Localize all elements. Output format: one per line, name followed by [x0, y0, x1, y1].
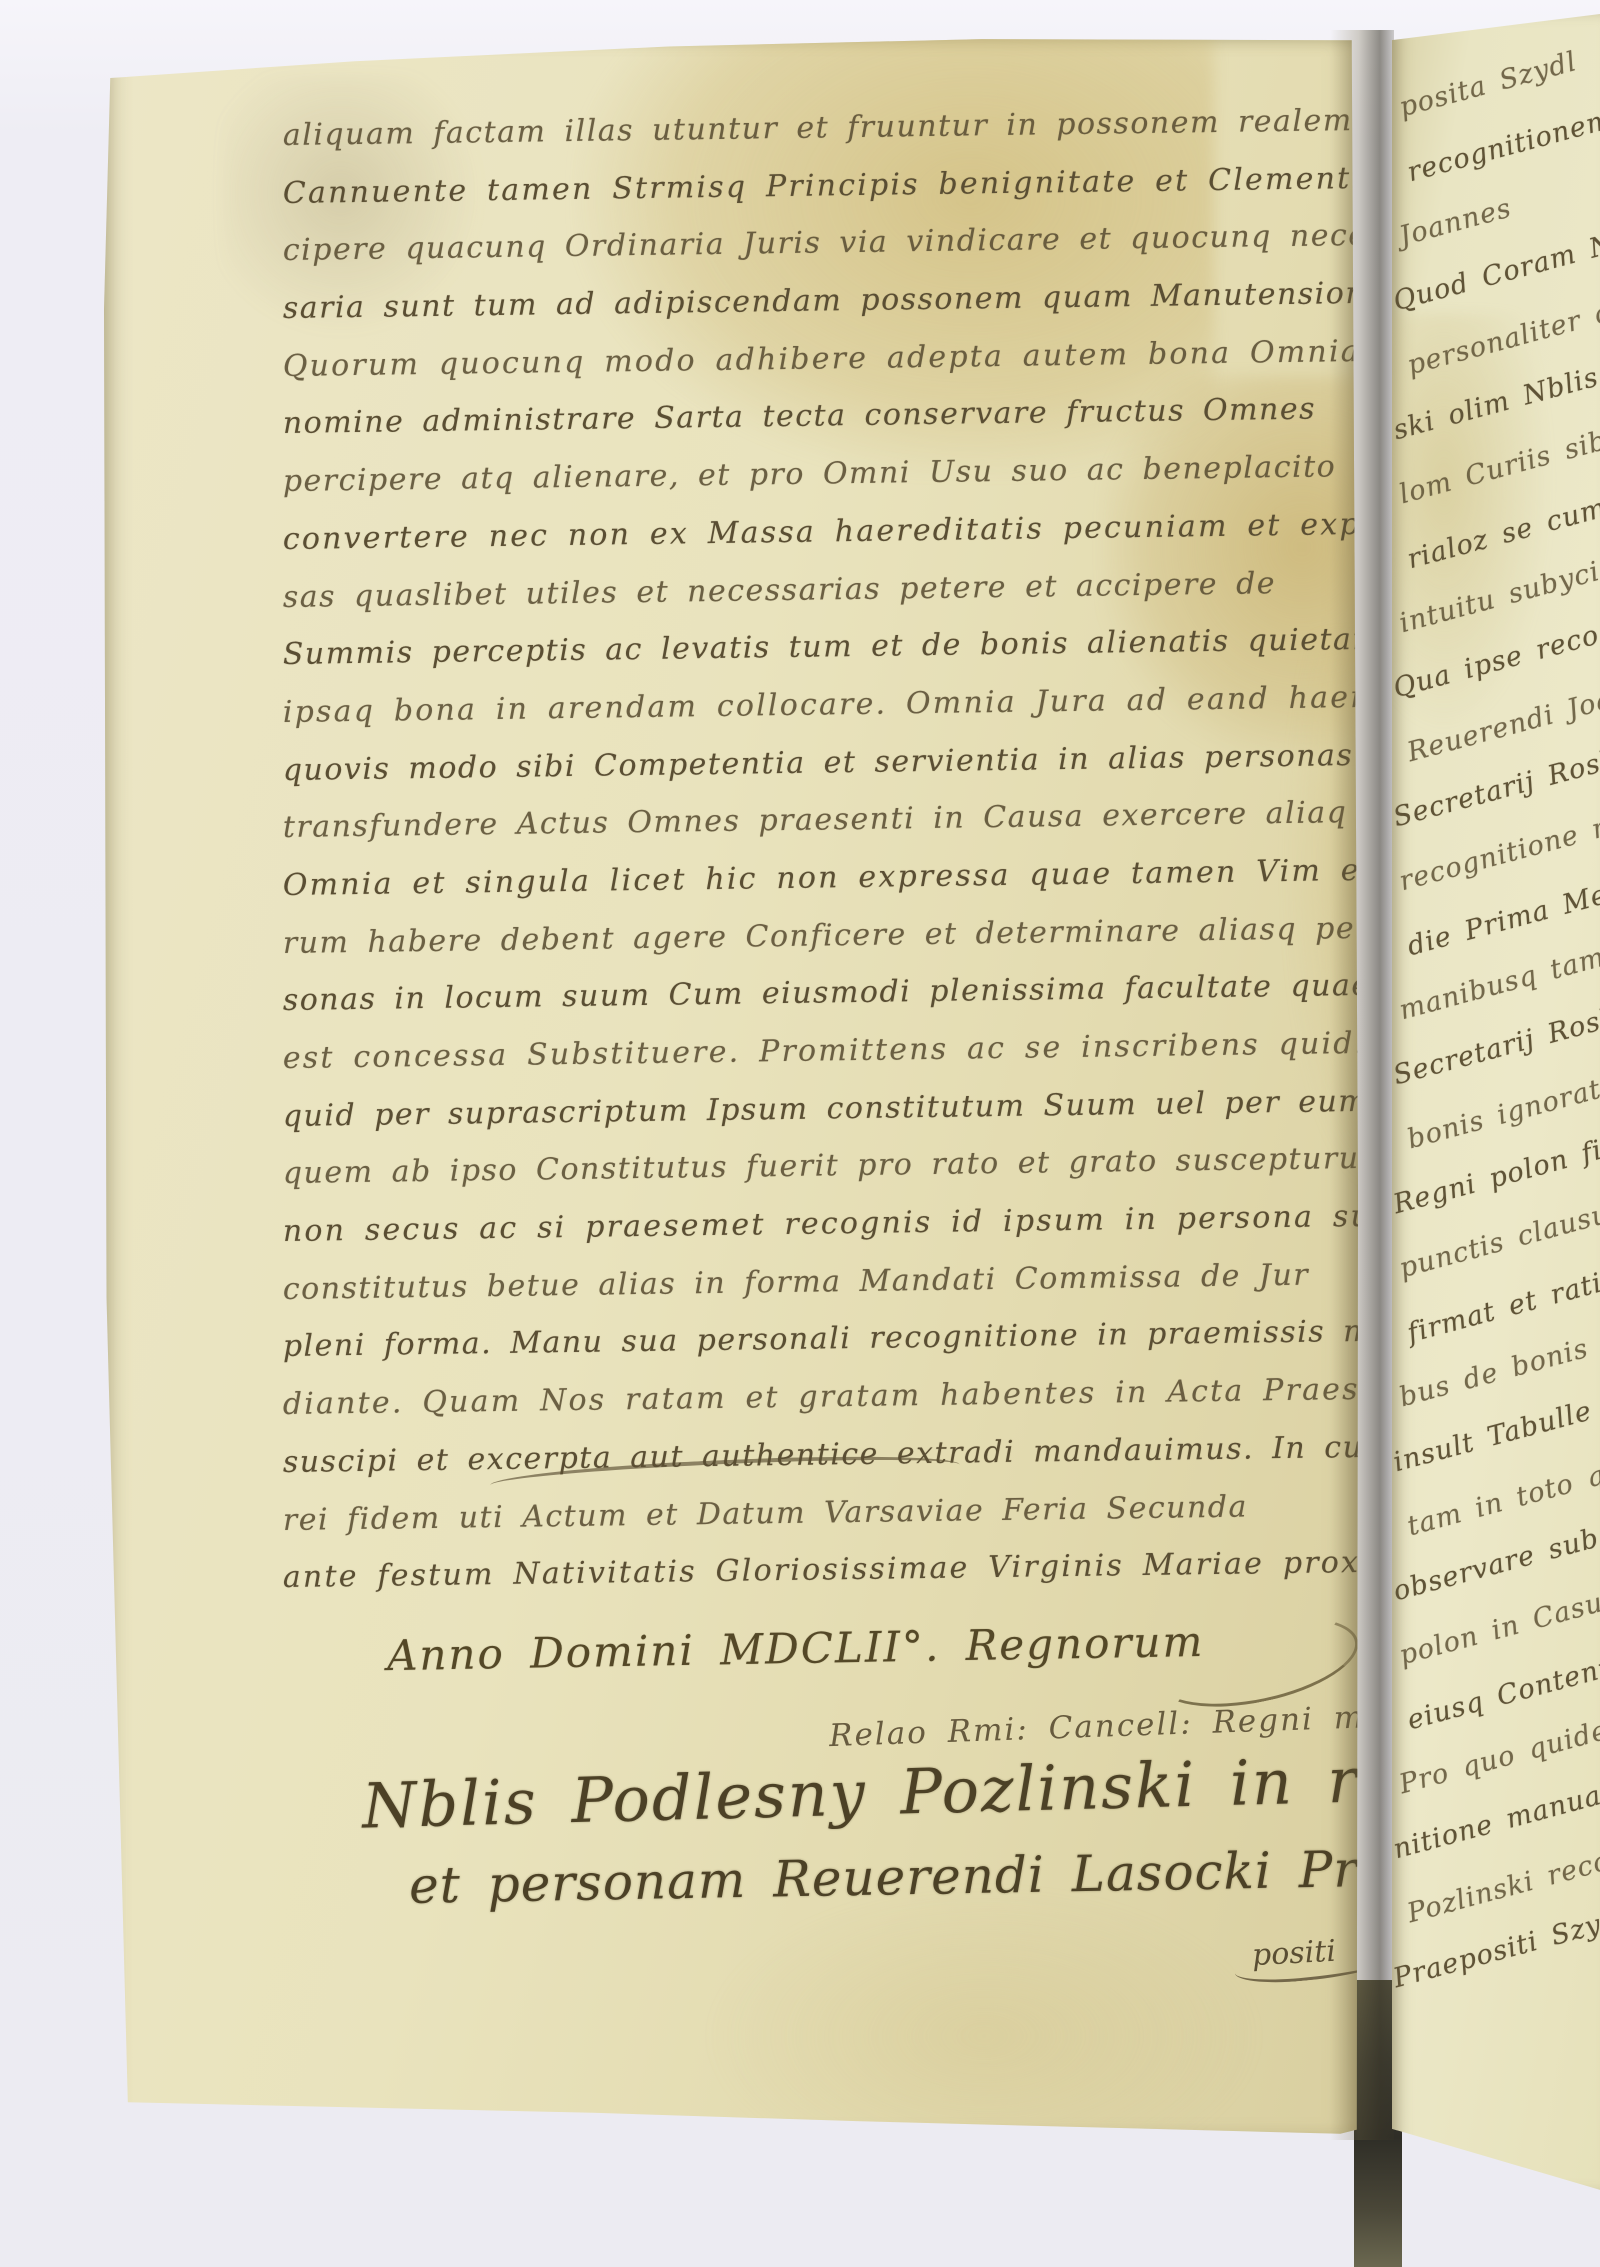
- manuscript-text-block: aliquam factam illas utuntur et fruuntur…: [283, 118, 1343, 1618]
- date-line: Anno Domini MDCLII°. Regnorum: [387, 1617, 1205, 1680]
- manuscript-page-left: aliquam factam illas utuntur et fruuntur…: [104, 36, 1358, 2138]
- docket-word-positi: positi: [1251, 1934, 1337, 1973]
- facing-page-text-block: posita Szydlrecognitionem JoannesQuod Co…: [1400, 92, 1600, 2027]
- docket-heading-line-1: Nblis Podlesny Pozlinski in rem —: [361, 1738, 1557, 1842]
- manuscript-scan: aliquam factam illas utuntur et fruuntur…: [0, 0, 1600, 2267]
- water-stain-bottom: [704, 1886, 1264, 2186]
- manuscript-page-right: posita Szydlrecognitionem JoannesQuod Co…: [1392, 14, 1600, 2192]
- docket-heading-line-2: et personam Reuerendi Lasocki Prae: [409, 1839, 1421, 1915]
